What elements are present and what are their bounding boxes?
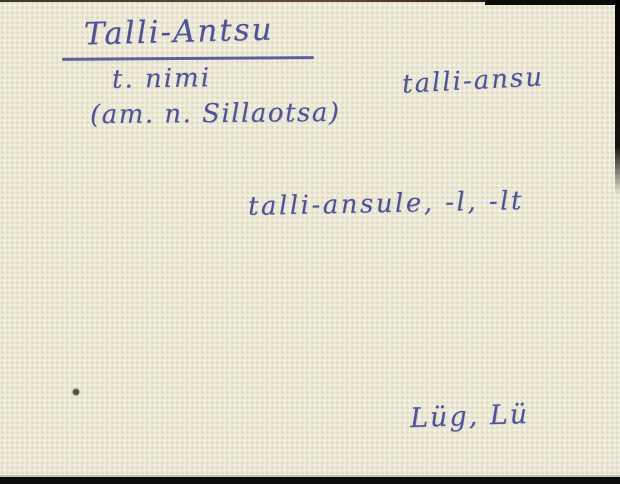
dialect-form-nominative: talli-ansu xyxy=(401,62,544,99)
headword: Talli-Antsu xyxy=(84,12,275,53)
headword-underline xyxy=(62,56,314,61)
parish-abbreviations: Lüg, Lü xyxy=(409,399,529,434)
scan-edge-top-right xyxy=(485,0,620,5)
note-type: t. nimi xyxy=(112,63,212,95)
scan-edge-bottom xyxy=(0,477,620,484)
scan-edge-right xyxy=(615,0,620,195)
dialect-form-inflected: talli-ansule, -l, -lt xyxy=(248,186,525,222)
note-origin: (am. n. Sillaotsa) xyxy=(90,98,341,130)
ink-speck xyxy=(73,389,79,395)
index-card-scan: Talli-Antsu t. nimi (am. n. Sillaotsa) t… xyxy=(0,0,620,484)
